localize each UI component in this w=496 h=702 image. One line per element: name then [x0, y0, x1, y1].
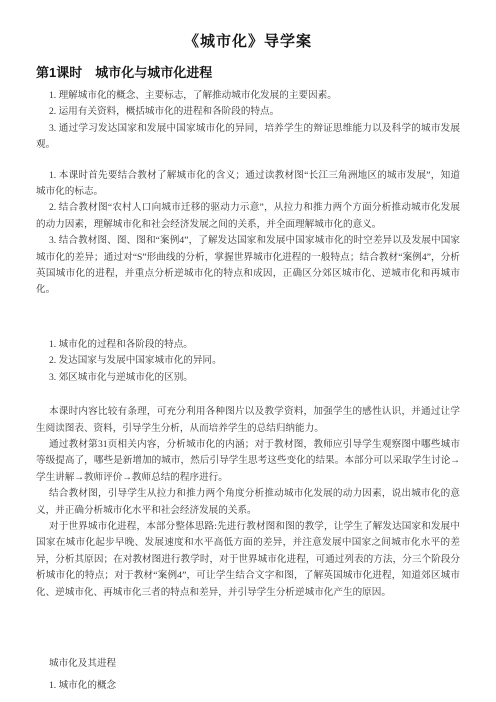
section-gap — [36, 601, 460, 653]
key-points-list: 1. 城市化的过程和各阶段的特点。2. 发达国家与发展中国家城市化的异同。3. … — [36, 337, 460, 386]
objective-item: 3. 通过学习发达国家和发展中国家城市化的异同，培养学生的辩证思维能力以及科学的… — [36, 121, 460, 154]
document-title: 《城市化》导学案 — [36, 30, 460, 51]
document-page: 《城市化》导学案 第1课时 城市化与城市化进程 1. 理解城市化的概念、主要标志… — [0, 0, 496, 702]
guidance-paragraph: 3. 结合教材图、图、图和“案例4”，了解发达国家和发展中国家城市化的时空差异以… — [36, 233, 460, 299]
section-gap — [36, 154, 460, 168]
objective-item: 2. 运用有关资料，概括城市化的进程和各阶段的特点。 — [36, 104, 460, 120]
teaching-note-paragraph: 对于世界城市化进程，本部分整体思路:先进行教材图和图的教学，让学生了解发达国家和… — [36, 519, 460, 601]
outline-item: 城市化及其进程 — [36, 653, 460, 675]
outline-item: 1. 城市化的概念 — [36, 675, 460, 697]
teaching-notes-list: 本课时内容比较有条理，可充分利用各种图片以及教学资料，加强学生的感性认识，并通过… — [36, 404, 460, 601]
key-point-item: 1. 城市化的过程和各阶段的特点。 — [36, 337, 460, 353]
teaching-note-paragraph: 通过教材第31页相关内容，分析城市化的内涵；对于教材图，教师应引导学生观察图中哪… — [36, 437, 460, 486]
key-point-item: 3. 郊区城市化与逆城市化的区别。 — [36, 370, 460, 386]
teaching-note-paragraph: 结合教材图，引导学生从拉力和推力两个角度分析推动城市化发展的动力因素，说出城市化… — [36, 486, 460, 519]
objective-item: 1. 理解城市化的概念、主要标志，了解推动城市化发展的主要因素。 — [36, 88, 460, 104]
key-point-item: 2. 发达国家与发展中国家城市化的异同。 — [36, 353, 460, 369]
section-gap — [36, 299, 460, 337]
section-gap — [36, 386, 460, 404]
lesson-heading: 第1课时 城市化与城市化进程 — [36, 62, 460, 81]
study-guidance-list: 1. 本课时首先要结合教材了解城市化的含义；通过读教材图“长江三角洲地区的城市发… — [36, 168, 460, 299]
guidance-paragraph: 2. 结合教材图“农村人口向城市迁移的驱动力示意”，从拉力和推力两个方面分析推动… — [36, 200, 460, 233]
objectives-list: 1. 理解城市化的概念、主要标志，了解推动城市化发展的主要因素。2. 运用有关资… — [36, 88, 460, 154]
teaching-note-paragraph: 本课时内容比较有条理，可充分利用各种图片以及教学资料，加强学生的感性认识，并通过… — [36, 404, 460, 437]
guidance-paragraph: 1. 本课时首先要结合教材了解城市化的含义；通过读教材图“长江三角洲地区的城市发… — [36, 168, 460, 201]
outline-list: 城市化及其进程1. 城市化的概念 — [36, 653, 460, 697]
